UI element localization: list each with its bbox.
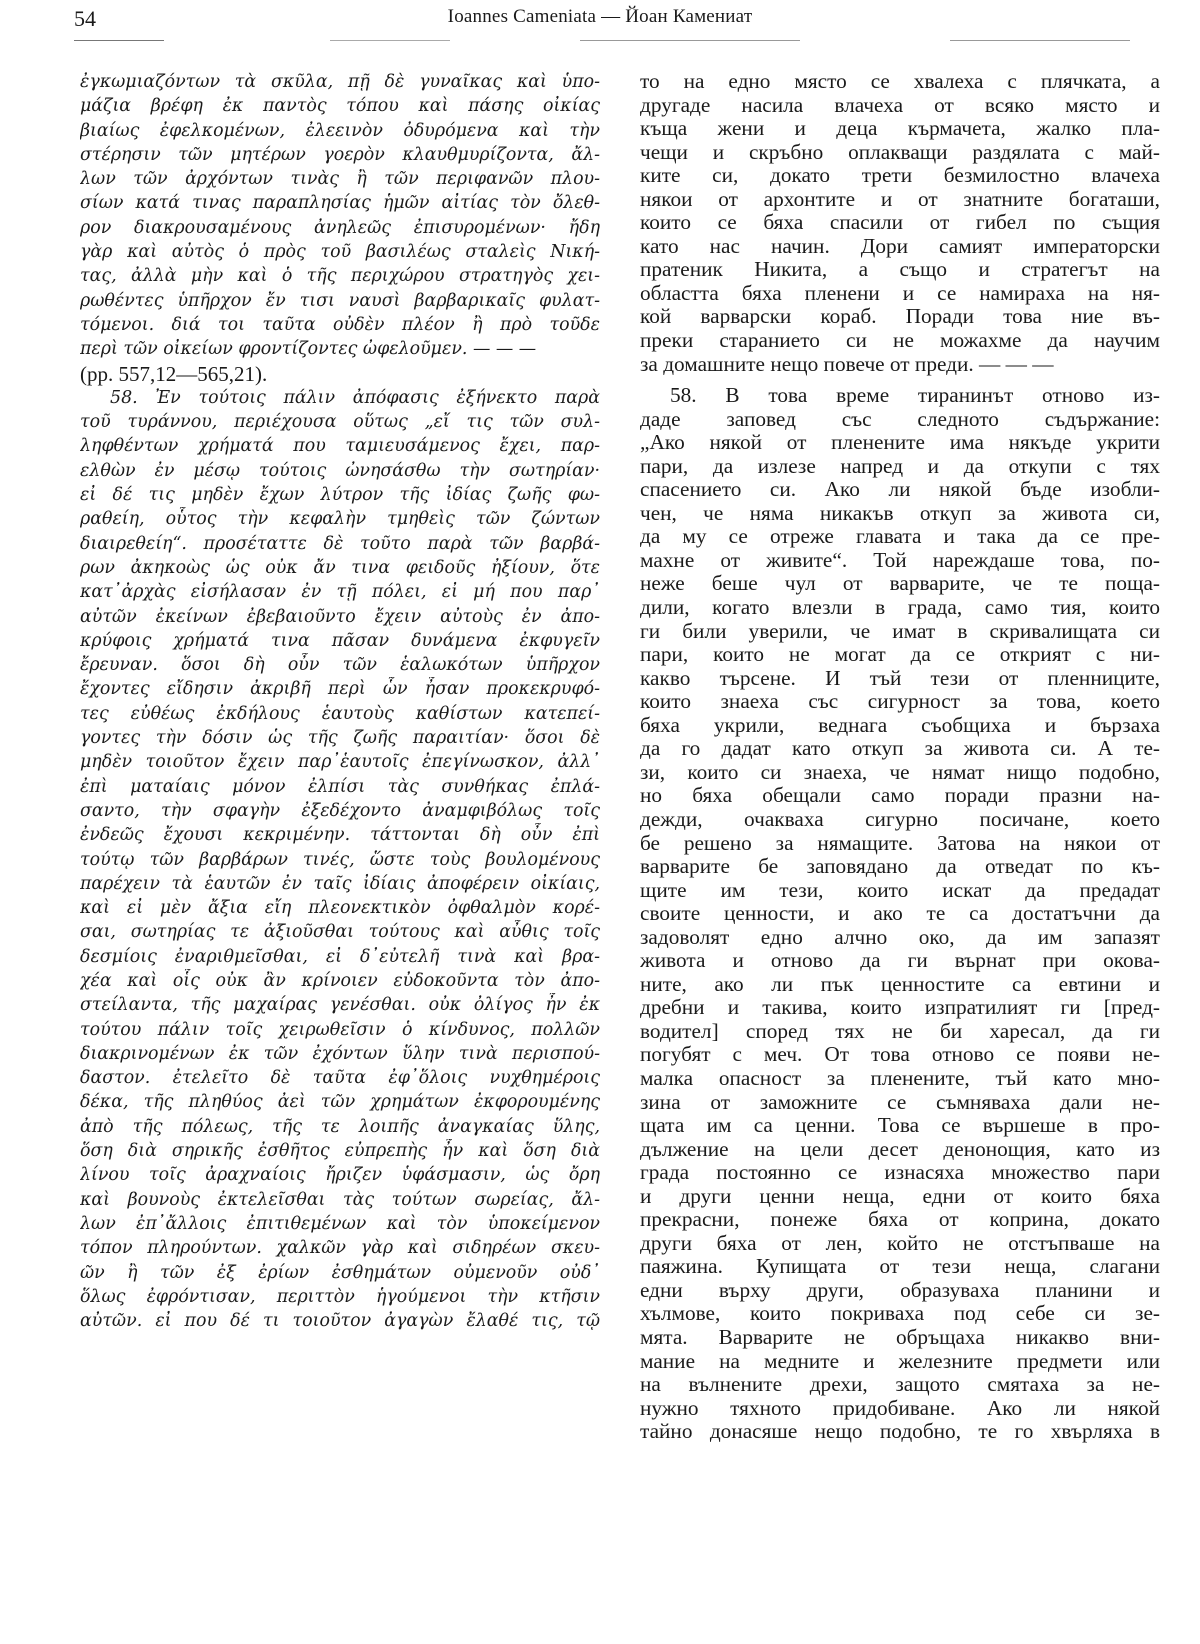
paragraph-58-line: други бяха от лен, който не отстъпваше н… — [640, 1232, 1160, 1256]
paragraph-58-line: ἐνδεῶς ἔχουσι κεκριμένην. τάττονται δὴ ο… — [80, 823, 600, 847]
paragraph-58-line: зина от заможните се съмняваха дали не- — [640, 1091, 1160, 1115]
header-rule — [330, 40, 450, 41]
page-reference: (pp. 557,12—565,21). — [80, 362, 600, 386]
paragraph-58-line: δέκα, τῆς πληθύος ἀεὶ τῶν χρημάτων ἐκφορ… — [80, 1090, 600, 1114]
text-line: ρωθέντες ὑπῆρχον ἔν τισι ναυσὶ βαρβαρικα… — [80, 289, 600, 313]
paragraph-58-line: μηδὲν τοιοῦτον ἔχειν παρ᾽ἑαυτοῖς ἐπεγίνω… — [80, 750, 600, 774]
text-line: които се бяха спасили от гибел по същия — [640, 211, 1160, 235]
paragraph-58-line: κατ᾽ἀρχὰς εἰσήλασαν ἐν τῇ πόλει, εἰ μή π… — [80, 580, 600, 604]
text-line: то на едно място се хвалеха с плячката, … — [640, 70, 1160, 94]
text-line: ρον διακρουσαμένους ἀνηλεῶς ἐπισυρομένων… — [80, 216, 600, 240]
paragraph-58-line: ните, ако ли пък ценностите са евтини и — [640, 973, 1160, 997]
paragraph-58-line: паяжина. Купищата от тези неща, слагани — [640, 1255, 1160, 1279]
paragraph-58-line: τες εὐθέως ἐκδήλους ἑαυτοὺς καθίστων κατ… — [80, 702, 600, 726]
paragraph-58-line: тайно донасяше нещо подобно, те го хвърл… — [640, 1420, 1160, 1444]
paragraph-58-line: дребни и такива, които изпратилият ги [п… — [640, 996, 1160, 1020]
text-line: ките си, докато трети безмилостно влачех… — [640, 164, 1160, 188]
paragraph-58-line: χέα καὶ οἷς οὐκ ἂν κρίνοιεν εὐδοκοῦντα τ… — [80, 969, 600, 993]
paragraph-58-line: σαι, σωτηρίας τε ἀξιοῦσθαι τούτους καὶ α… — [80, 920, 600, 944]
paragraph-58-line: καὶ βουνοὺς ἐκτελεῖσθαι τὰς τούτων σωρεί… — [80, 1188, 600, 1212]
header-rule — [580, 40, 800, 41]
text-line: преки старанието си не можахме да научим — [640, 329, 1160, 353]
paragraph-58-line: τόπον πληρούντων. χαλκῶν γὰρ καὶ σιδηρέω… — [80, 1236, 600, 1260]
paragraph-58-line: мята. Варварите не обръщаха никакво вни- — [640, 1326, 1160, 1350]
paragraph-58-line: κρύφοις χρήματά τινα πᾶσαν δυνάμενα ἐκφυ… — [80, 629, 600, 653]
paragraph-58-line: махне от живите“. Той нареждаше това, по… — [640, 549, 1160, 573]
paragraph-58-line: варварите бе заповядано да отведат по къ… — [640, 855, 1160, 879]
paragraph-58-line: ῶν ἢ τῶν ἐξ ἐρίων ἐσθημάτων οὐμενοῦν οὐδ… — [80, 1261, 600, 1285]
paragraph-58-line: бе решено за нямащите. Затова на някои о… — [640, 832, 1160, 856]
paragraph-58-line: града постоянно се изнасяха множество па… — [640, 1161, 1160, 1185]
header-rule — [950, 40, 1130, 41]
paragraph-58-line: ὅλως ἐφρόντισαν, περιττὸν ἡγούμενοι τὴν … — [80, 1285, 600, 1309]
paragraph-58-line: διακρινομένων ἐκ τῶν ἐχόντων ὕλην τινὰ π… — [80, 1042, 600, 1066]
paragraph-58-line: αὐτῶν ἐκείνων ἐβεβαιοῦντο ἔχειν αὐτοὺς ἐ… — [80, 605, 600, 629]
paragraph-58-line: ἔρευναν. ὅσοι δὴ οὖν τῶν ἑαλωκότων ὑπῆρχ… — [80, 653, 600, 677]
paragraph-58-line: ληφθέντων χρήματά που ταμιευσάμενος ἔχει… — [80, 434, 600, 458]
paragraph-58-line: αὐτῶν. εἰ που δέ τι τοιοῦτον ἀγαγὼν ἔλαθ… — [80, 1309, 600, 1333]
paragraph-58-line: ραθείη, οὗτος τὴν κεφαλὴν τμηθεὶς τῶν ζώ… — [80, 507, 600, 531]
paragraph-58-line: δεσμίοις ἐναριθμεῖσθαι, εἰ δ᾽εὐτελῆ τινὰ… — [80, 945, 600, 969]
paragraph-58-line: στείλαντα, τῆς μαχαίρας γενέσθαι. οὐκ ὀλ… — [80, 993, 600, 1017]
paragraph-58-line: чен, че няма никакъв откуп за живота си, — [640, 502, 1160, 526]
paragraph-58-line: пари, да излезе напред и да откупи с тях — [640, 455, 1160, 479]
paragraph-58-line: дължение на цели десет денонощия, като и… — [640, 1138, 1160, 1162]
paragraph-58-line: σαντο, τὴν σφαγὴν ἐξεδέχοντο ἀναμφιβόλως… — [80, 799, 600, 823]
paragraph-58-line: малка опасност за пленените, тъй като мн… — [640, 1067, 1160, 1091]
paragraph-58-line: хълмове, които покриваха под себе си зе- — [640, 1302, 1160, 1326]
page-header: 54 Ioannes Cameniata — Йоан Камениат — [0, 0, 1200, 40]
text-line: λων τῶν ἀρχόντων τινὰς ἢ τῶν περιφανῶν π… — [80, 167, 600, 191]
paragraph-58-line: εἰ δέ τις μηδὲν ἔχων λύτρον τῆς ἰδίας ζω… — [80, 483, 600, 507]
paragraph-58-line: спасението си. Ако ли някой бъде изобли- — [640, 478, 1160, 502]
paragraph-58-line: да го дадат като откуп за живота си. А т… — [640, 737, 1160, 761]
paragraph-58-line: ελθὼν ἐν μέσῳ τούτοις ὠνησάσθω τὴν σωτηρ… — [80, 459, 600, 483]
text-line: ἐγκωμιαζόντων τὰ σκῦλα, πῇ δὲ γυναῖκας κ… — [80, 70, 600, 94]
paragraph-58-line: неже беше чул от варварите, че те поща- — [640, 572, 1160, 596]
paragraph-58-line: и други ценни неща, едни от които бяха — [640, 1185, 1160, 1209]
paragraph-58-line: даде заповед със следното съдържание: — [640, 408, 1160, 432]
text-line: γὰρ καὶ αὐτὸς ὁ πρὸς τοῦ βασιλέως σταλεὶ… — [80, 240, 600, 264]
paragraph-58-line: τούτῳ τῶν βαρβάρων τινές, ὥστε τοὺς βουλ… — [80, 848, 600, 872]
text-line: къща жени и деца кърмачета, жалко пла- — [640, 117, 1160, 141]
paragraph-58-line: τοῦ τυράννου, περιέχουσα οὕτως „εἴ τις τ… — [80, 410, 600, 434]
paragraph-58-line: διαιρεθείη“. προσέταττε δὲ τοῦτο παρὰ τῶ… — [80, 532, 600, 556]
paragraph-58-line: дежди, очакваха сигурно посичане, което — [640, 808, 1160, 832]
paragraph-58-line: щата им са ценни. Това се вършеше в про- — [640, 1114, 1160, 1138]
text-line: за домашните нещо повече от преди. — — — — [640, 353, 1160, 377]
text-line: областта бяха пленени и се намираха на н… — [640, 282, 1160, 306]
paragraph-58-line: погубят с меч. От това отново се появи н… — [640, 1043, 1160, 1067]
paragraph-58-line: живота и отново да ги върнат при окова- — [640, 949, 1160, 973]
paragraph-58-line: нужно тяхното придобиване. Ако ли някой — [640, 1397, 1160, 1421]
paragraph-58-line: едни върху други, образуваха планини и — [640, 1279, 1160, 1303]
paragraph-58-line: ρων ἀκηκοὼς ὡς οὐκ ἄν τινα φειδοῦς ἠξίου… — [80, 556, 600, 580]
text-line: στέρησιν τῶν μητέρων γοερὸν κλαυθμυρίζον… — [80, 143, 600, 167]
paragraph-58-line: ги били уверили, че имат в скривалищата … — [640, 620, 1160, 644]
text-line: τόμενοι. διά τοι ταῦτα οὐδὲν πλέον ἢ πρὸ… — [80, 313, 600, 337]
paragraph-58-line: 58. Ἐν τούτοις πάλιν ἀπόφασις ἐξήνεκτο π… — [80, 386, 600, 410]
paragraph-58-line: δαστον. ἐτελεῖτο δὲ ταῦτα ἐφ᾽ὅλοις νυχθη… — [80, 1066, 600, 1090]
paragraph-58-line: „Ако някой от пленените има някъде укрит… — [640, 431, 1160, 455]
text-line: μάζια βρέφη ἐκ παντὸς τόπου καὶ πάσης οἰ… — [80, 94, 600, 118]
paragraph-58-line: ἔχοντες εἴδησιν ἀκριβῆ περὶ ὧν ἦσαν προκ… — [80, 677, 600, 701]
paragraph-58-line: 58. В това време тиранинът отново из- — [640, 384, 1160, 408]
paragraph-58-line: какво търсене. И тъй тези от пленниците, — [640, 667, 1160, 691]
paragraph-58-line: прекрасни, понеже бяха от коприна, докат… — [640, 1208, 1160, 1232]
paragraph-58-line: задоволят едно алчно око, да им запазят — [640, 926, 1160, 950]
text-line: някои от архонтите и от знатните богаташ… — [640, 188, 1160, 212]
paragraph-58-line: бяха укрили, веднага съобщиха и бързаха — [640, 714, 1160, 738]
text-line: другаде насила влачеха от всяко място и — [640, 94, 1160, 118]
paragraph-58-line: ὅση διὰ σηρικῆς ἐσθῆτος εὐπρεπὴς ἦν καὶ … — [80, 1139, 600, 1163]
running-title: Ioannes Cameniata — Йоан Камениат — [0, 6, 1200, 28]
paragraph-58-line: τούτου πάλιν τοῖς χειρωθεῖσιν ὁ κίνδυνος… — [80, 1018, 600, 1042]
paragraph-58-line: γοντες τὴν δόσιν ὡς τῆς ζωῆς παραιτίαν· … — [80, 726, 600, 750]
paragraph-58-line: мание на медните и железните предмети ил… — [640, 1350, 1160, 1374]
paragraph-58-line: παρέχειν τὰ ἑαυτῶν ἐν ταῖς ἰδίαις ἀποφέρ… — [80, 872, 600, 896]
paragraph-58-line: λίνου τοῖς ἀραχναίοις ἤριζεν ὑφάσμασιν, … — [80, 1163, 600, 1187]
text-line: περὶ τῶν οἰκείων φροντίζοντες ὠφελοῦμεν.… — [80, 337, 600, 361]
paragraph-58-line: но бяха обещали само поради празни на- — [640, 784, 1160, 808]
paragraph-58-line: на вълнените дрехи, защото смятаха за не… — [640, 1373, 1160, 1397]
paragraph-58-line: щите им тези, които искат да предадат — [640, 879, 1160, 903]
greek-text-column: ἐγκωμιαζόντων τὰ σκῦλα, πῇ δὲ γυναῖκας κ… — [80, 70, 600, 1333]
paragraph-58-line: да му се отреже главата и така да се пре… — [640, 525, 1160, 549]
text-line: τας, ἀλλὰ μὴν καὶ ὁ τῆς περιχώρου στρατη… — [80, 264, 600, 288]
paragraph-58-line: дили, когато влезли в града, само тия, к… — [640, 596, 1160, 620]
paragraph-58-line: пари, които не могат да се открият с ни- — [640, 643, 1160, 667]
paragraph-58-line: καὶ εἰ μὲν ἄξια εἴη πλεονεκτικὸν ὀφθαλμὸ… — [80, 896, 600, 920]
header-rule — [74, 40, 164, 41]
paragraph-58-line: ἐπὶ ματαίαις μόνον ἐλπίσι τὰς συνθήκας ἐ… — [80, 775, 600, 799]
paragraph-58-line: ἀπὸ τῆς πόλεως, τῆς τε λοιπῆς ἀναγκαίας … — [80, 1115, 600, 1139]
text-line: като нас начин. Дори самият императорски — [640, 235, 1160, 259]
document-page: 54 Ioannes Cameniata — Йоан Камениат ἐγκ… — [0, 0, 1200, 1644]
paragraph-gap — [640, 376, 1160, 384]
paragraph-58-line: водител] според тях не би харесал, да ги — [640, 1020, 1160, 1044]
text-line: кой варварски кораб. Поради това ние въ- — [640, 305, 1160, 329]
text-line: пратеник Никита, а също и стратегът на — [640, 258, 1160, 282]
text-line: βιαίως ἐφελκομένων, ἐλεεινὸν ὀδυρόμενα κ… — [80, 119, 600, 143]
paragraph-58-line: своите ценности, и ако те са достатъчни … — [640, 902, 1160, 926]
paragraph-58-line: които знаеха със сигурност за това, коет… — [640, 690, 1160, 714]
text-line: чещи и скръбно оплакващи раздялата с май… — [640, 141, 1160, 165]
text-line: σίων κατά τινας παραπλησίας ἡμῶν αἰτίας … — [80, 191, 600, 215]
paragraph-58-line: λων ἐπ᾽ἄλλοις ἐπιτιθεμένων καὶ τὸν ὑποκε… — [80, 1212, 600, 1236]
bulgarian-translation-column: то на едно място се хвалеха с плячката, … — [640, 70, 1160, 1444]
paragraph-58-line: зи, които си знаеха, че нямат нищо подоб… — [640, 761, 1160, 785]
